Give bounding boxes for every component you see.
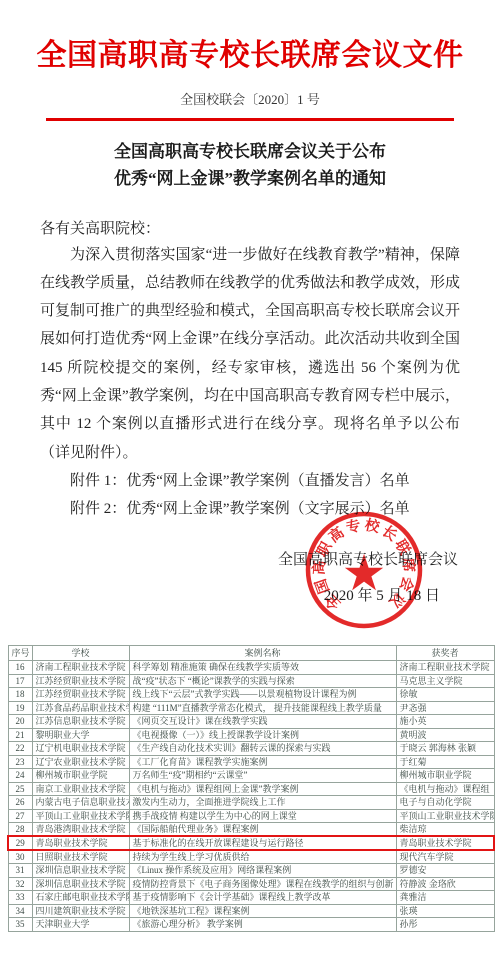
cell-school: 平顶山工业职业技术学院 — [32, 809, 129, 823]
cell-no: 29 — [8, 836, 32, 850]
cell-no: 16 — [8, 661, 32, 675]
cell-school: 黎明职业大学 — [32, 728, 129, 742]
cell-no: 34 — [8, 904, 32, 918]
cell-case-name: 《生产线自动化技术实训》翻转云课的探索与实践 — [129, 742, 396, 756]
cell-no: 28 — [8, 823, 32, 837]
cell-winner: 施小英 — [396, 715, 494, 729]
cell-no: 22 — [8, 742, 32, 756]
cell-school: 辽宁机电职业技术学院 — [32, 742, 129, 756]
cell-no: 31 — [8, 864, 32, 878]
cell-school: 内蒙古电子信息职业技术学院 — [32, 796, 129, 810]
red-divider-line — [46, 118, 454, 121]
award-table: 序号 学校 案例名称 获奖者 16 济南工程职业技术学院 科学筹划 精准施策 确… — [7, 645, 495, 932]
cell-school: 济南工程职业技术学院 — [32, 661, 129, 675]
header-no: 序号 — [8, 646, 32, 661]
table-row: 23 辽宁农业职业技术学院 《工厂化育苗》课程教学实施案例 于红菊 — [8, 755, 494, 769]
cell-case-name: 战“疫”状态下 “概论”课教学的实践与探索 — [129, 674, 396, 688]
cell-case-name: 《电视摄像（一）》线上授课教学设计案例 — [129, 728, 396, 742]
cell-case-name: 疫情防控背景下《电子商务图像处理》课程在线教学的组织与创新 — [129, 877, 396, 891]
cell-case-name: 激发内生动力，全面推进学院线上工作 — [129, 796, 396, 810]
cell-school: 辽宁农业职业技术学院 — [32, 755, 129, 769]
cell-winner: 平顶山工业职业技术学院 — [396, 809, 494, 823]
cell-case-name: 《地铁深基坑工程》课程案例 — [129, 904, 396, 918]
cell-no: 27 — [8, 809, 32, 823]
table-row: 25 南京工业职业技术学院 《电机与拖动》课程组网上金课”教学案例 《电机与拖动… — [8, 782, 494, 796]
cell-school: 青岛职业技术学院 — [32, 836, 129, 850]
attachments-list: 附件 1：优秀“网上金课”教学案例（直播发言）名单 附件 2：优秀“网上金课”教… — [40, 467, 460, 524]
cell-case-name: 万名师生“疫”期相约“云课堂” — [129, 769, 396, 783]
cell-winner: 青岛职业技术学院 — [396, 836, 494, 850]
cell-no: 23 — [8, 755, 32, 769]
cell-winner: 于红菊 — [396, 755, 494, 769]
cell-no: 32 — [8, 877, 32, 891]
notice-title-line2: 优秀“网上金课”教学案例名单的通知 — [0, 165, 500, 192]
cell-case-name: 构建 “111M”直播教学常态化模式， 提升技能课程线上教学质量 — [129, 701, 396, 715]
table-row: 18 江苏经贸职业技术学院 线上线下“云层”式教学实践——以景观植物设计课程为例… — [8, 688, 494, 702]
cell-school: 南京工业职业技术学院 — [32, 782, 129, 796]
cell-school: 深圳信息职业技术学院 — [32, 864, 129, 878]
cell-winner: 于晓云 郭海林 张颖 — [396, 742, 494, 756]
cell-no: 18 — [8, 688, 32, 702]
cell-winner: 柳州城市职业学院 — [396, 769, 494, 783]
table-row: 29 青岛职业技术学院 基于标准化的在线开放课程建设与运行路径 青岛职业技术学院 — [8, 836, 494, 850]
cell-winner: 电子与自动化学院 — [396, 796, 494, 810]
cell-no: 24 — [8, 769, 32, 783]
cell-case-name: 携手战疫情 构建以学生为中心的网上课堂 — [129, 809, 396, 823]
cell-winner: 张瑛 — [396, 904, 494, 918]
cell-winner: 尹忞强 — [396, 701, 494, 715]
table-row: 26 内蒙古电子信息职业技术学院 激发内生动力，全面推进学院线上工作 电子与自动… — [8, 796, 494, 810]
table-row: 21 黎明职业大学 《电视摄像（一）》线上授课教学设计案例 黄明波 — [8, 728, 494, 742]
cell-school: 天津职业大学 — [32, 918, 129, 932]
cell-school: 江苏食品药品职业技术学院 — [32, 701, 129, 715]
cell-no: 26 — [8, 796, 32, 810]
header-case-name: 案例名称 — [129, 646, 396, 661]
cell-case-name: 基于标准化的在线开放课程建设与运行路径 — [129, 836, 396, 850]
body-paragraph: 为深入贯彻落实国家“进一步做好在线教育教学”精神，保障在线教学质量，总结教师在线… — [40, 241, 460, 467]
cell-case-name: 科学筹划 精准施策 确保在线教学实质等效 — [129, 661, 396, 675]
cell-case-name: 《工厂化育苗》课程教学实施案例 — [129, 755, 396, 769]
table-row: 35 天津职业大学 《旅游心理分析》 教学案例 孙彤 — [8, 918, 494, 932]
cell-winner: 符静波 金珞欣 — [396, 877, 494, 891]
notice-title: 全国高职高专校长联席会议关于公布 优秀“网上金课”教学案例名单的通知 — [0, 138, 500, 192]
cell-school: 柳州城市职业学院 — [32, 769, 129, 783]
attachment-1: 附件 1：优秀“网上金课”教学案例（直播发言）名单 — [40, 467, 460, 495]
table-row: 28 青岛港湾职业技术学院 《国际船舶代理业务》课程案例 柴洁琼 — [8, 823, 494, 837]
table-row: 30 日照职业技术学院 持续为学生线上学习优质供给 现代汽车学院 — [8, 850, 494, 864]
header-school: 学校 — [32, 646, 129, 661]
cell-school: 江苏经贸职业技术学院 — [32, 674, 129, 688]
cell-no: 19 — [8, 701, 32, 715]
signer-name: 全国高职高专校长联席会议 — [0, 547, 500, 573]
table-row: 31 深圳信息职业技术学院 《Linux 操作系统及应用》网络课程案例 罗德安 — [8, 864, 494, 878]
cell-case-name: 基于疫情影响下《会计学基础》课程线上教学改革 — [129, 891, 396, 905]
table-row: 32 深圳信息职业技术学院 疫情防控背景下《电子商务图像处理》课程在线教学的组织… — [8, 877, 494, 891]
cell-winner: 黄明波 — [396, 728, 494, 742]
table-row: 20 江苏信息职业技术学院 《网页交互设计》课在线教学实践 施小英 — [8, 715, 494, 729]
salutation: 各有关高职院校： — [40, 217, 460, 238]
cell-case-name: 《Linux 操作系统及应用》网络课程案例 — [129, 864, 396, 878]
cell-no: 30 — [8, 850, 32, 864]
cell-winner: 马克思主义学院 — [396, 674, 494, 688]
cell-no: 20 — [8, 715, 32, 729]
cell-case-name: 持续为学生线上学习优质供给 — [129, 850, 396, 864]
cell-school: 石家庄邮电职业技术学院 — [32, 891, 129, 905]
cell-school: 日照职业技术学院 — [32, 850, 129, 864]
cell-winner: 柴洁琼 — [396, 823, 494, 837]
cell-winner: 济南工程职业技术学院 — [396, 661, 494, 675]
cell-winner: 孙彤 — [396, 918, 494, 932]
cell-school: 青岛港湾职业技术学院 — [32, 823, 129, 837]
cell-school: 四川建筑职业技术学院 — [32, 904, 129, 918]
table-row: 17 江苏经贸职业技术学院 战“疫”状态下 “概论”课教学的实践与探索 马克思主… — [8, 674, 494, 688]
cell-school: 深圳信息职业技术学院 — [32, 877, 129, 891]
cell-no: 35 — [8, 918, 32, 932]
cell-winner: 现代汽车学院 — [396, 850, 494, 864]
cell-case-name: 线上线下“云层”式教学实践——以景观植物设计课程为例 — [129, 688, 396, 702]
table-row: 34 四川建筑职业技术学院 《地铁深基坑工程》课程案例 张瑛 — [8, 904, 494, 918]
cell-winner: 罗德安 — [396, 864, 494, 878]
cell-no: 25 — [8, 782, 32, 796]
cell-no: 17 — [8, 674, 32, 688]
document-number: 全国校联会〔2020〕1 号 — [0, 89, 500, 108]
notice-title-line1: 全国高职高专校长联席会议关于公布 — [0, 138, 500, 165]
table-row: 16 济南工程职业技术学院 科学筹划 精准施策 确保在线教学实质等效 济南工程职… — [8, 661, 494, 675]
cell-winner: 《电机与拖动》课程组 — [396, 782, 494, 796]
cell-case-name: 《国际船舶代理业务》课程案例 — [129, 823, 396, 837]
cell-case-name: 《电机与拖动》课程组网上金课”教学案例 — [129, 782, 396, 796]
attachment-2: 附件 2：优秀“网上金课”教学案例（文字展示）名单 — [40, 495, 460, 523]
table-row: 22 辽宁机电职业技术学院 《生产线自动化技术实训》翻转云课的探索与实践 于晓云… — [8, 742, 494, 756]
table-row: 33 石家庄邮电职业技术学院 基于疫情影响下《会计学基础》课程线上教学改革 龚雅… — [8, 891, 494, 905]
cell-school: 江苏信息职业技术学院 — [32, 715, 129, 729]
cell-no: 33 — [8, 891, 32, 905]
table-row: 19 江苏食品药品职业技术学院 构建 “111M”直播教学常态化模式， 提升技能… — [8, 701, 494, 715]
cell-winner: 徐敏 — [396, 688, 494, 702]
document-banner-title: 全国高职高专校长联席会议文件 — [0, 30, 500, 74]
cell-winner: 龚雅洁 — [396, 891, 494, 905]
table-row: 24 柳州城市职业学院 万名师生“疫”期相约“云课堂” 柳州城市职业学院 — [8, 769, 494, 783]
header-winner: 获奖者 — [396, 646, 494, 661]
cell-no: 21 — [8, 728, 32, 742]
cell-case-name: 《旅游心理分析》 教学案例 — [129, 918, 396, 932]
cell-school: 江苏经贸职业技术学院 — [32, 688, 129, 702]
table-header-row: 序号 学校 案例名称 获奖者 — [8, 646, 494, 661]
cell-case-name: 《网页交互设计》课在线教学实践 — [129, 715, 396, 729]
table-row: 27 平顶山工业职业技术学院 携手战疫情 构建以学生为中心的网上课堂 平顶山工业… — [8, 809, 494, 823]
award-table-container: 序号 学校 案例名称 获奖者 16 济南工程职业技术学院 科学筹划 精准施策 确… — [7, 645, 493, 932]
signature-date: 2020 年 5 月 18 日 — [0, 583, 500, 609]
signature-block: 全国高职高专校长联席会议 2020 年 5 月 18 日 — [0, 547, 500, 609]
